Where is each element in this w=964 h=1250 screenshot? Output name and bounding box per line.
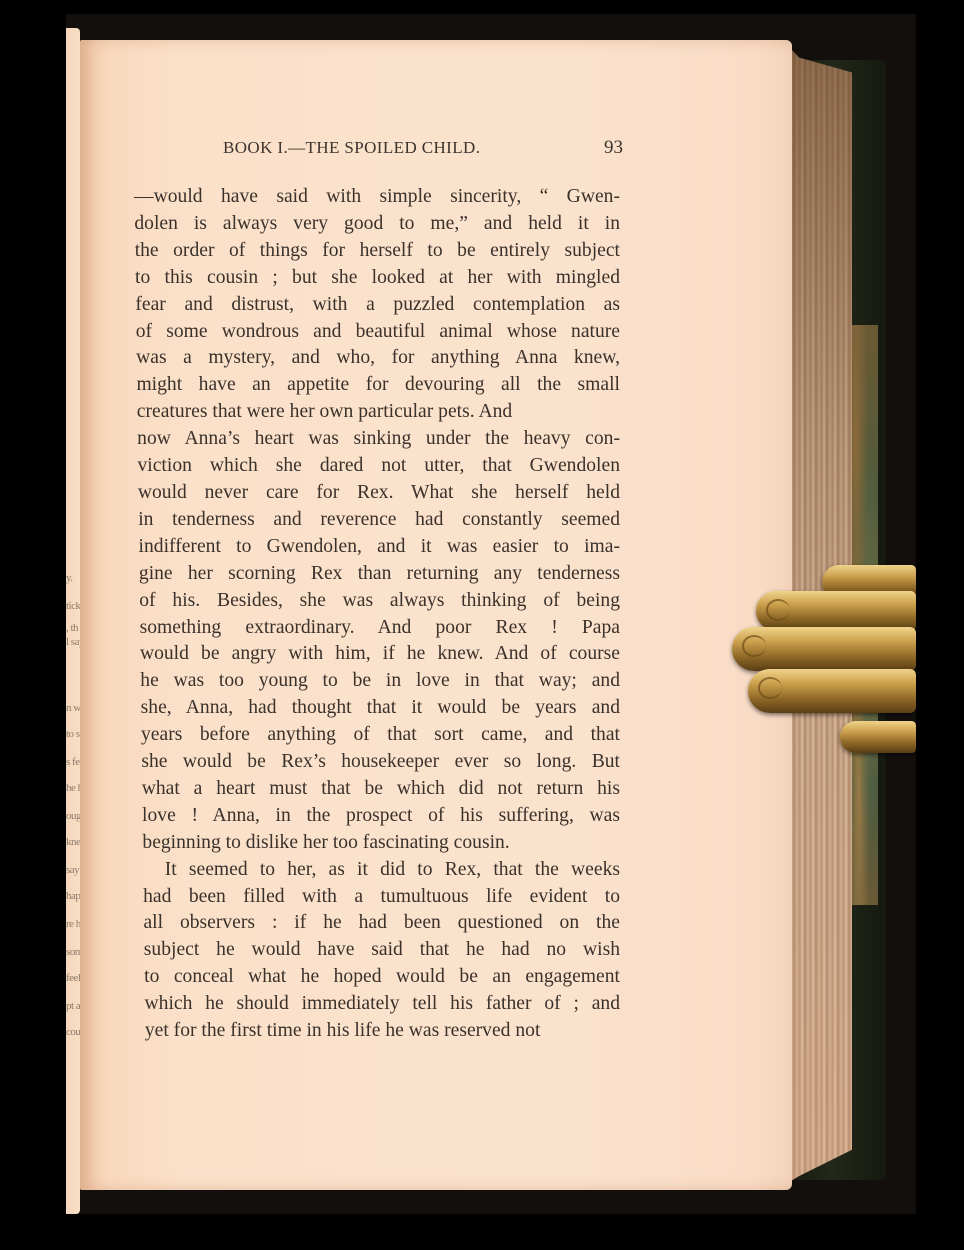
text-line: something extraordinary. And poor Rex ! …: [140, 615, 620, 642]
running-head: BOOK I.—THE SPOILED CHILD.: [223, 138, 618, 158]
text-line: had been filled with a tumultuous life e…: [143, 884, 620, 911]
text-line: he was too young to be in love in that w…: [140, 668, 620, 695]
text-line: to conceal what he hoped would be an eng…: [144, 964, 620, 991]
text-line: she, Anna, had thought that it would be …: [141, 695, 620, 722]
frame-right: [916, 0, 964, 1250]
brass-hand-page-holder: [730, 563, 916, 758]
text-line: might have an appetite for devouring all…: [136, 372, 620, 399]
page-body-text: —would have said with simple sincerity, …: [134, 184, 620, 1045]
fingernail-icon: [766, 599, 790, 621]
text-line: would never care for Rex. What she herse…: [138, 480, 620, 507]
text-line: yet for the first time in his life he wa…: [145, 1018, 620, 1045]
text-line: gine her scorning Rex than returning any…: [139, 561, 620, 588]
text-line: viction which she dared not utter, that …: [138, 453, 621, 480]
text-line: —would have said with simple sincerity, …: [134, 184, 620, 211]
text-line: beginning to dislike her too fascinating…: [142, 830, 620, 857]
text-line: It seemed to her, as it did to Rex, that…: [143, 857, 620, 884]
text-line: of his. Besides, she was always thinking…: [139, 588, 620, 615]
text-line: love ! Anna, in the prospect of his suff…: [142, 803, 620, 830]
text-line: what a heart must that be which did not …: [142, 776, 620, 803]
hand-thumb: [840, 721, 916, 753]
fingernail-icon: [742, 635, 766, 657]
text-line: years before anything of that sort came,…: [141, 722, 620, 749]
text-line: now Anna’s heart was sinking under the h…: [137, 426, 620, 453]
text-line: in tenderness and reverence had constant…: [138, 507, 620, 534]
hand-finger-middle: [732, 627, 916, 671]
text-line: the order of things for herself to be en…: [135, 238, 620, 265]
text-line: to this cousin ; but she looked at her w…: [135, 265, 620, 292]
text-line: she would be Rex’s housekeeper ever so l…: [141, 749, 620, 776]
text-line: was a mystery, and who, for anything Ann…: [136, 345, 620, 372]
text-line: all observers : if he had been questione…: [143, 910, 620, 937]
book-page: BOOK I.—THE SPOILED CHILD. 93 —would hav…: [80, 40, 792, 1190]
fingernail-icon: [758, 677, 782, 699]
text-line: which he should immediately tell his fat…: [145, 991, 621, 1018]
page-number: 93: [604, 137, 623, 159]
text-line: dolen is always very good to me,” and he…: [134, 211, 620, 238]
hand-finger-index: [756, 591, 916, 631]
text-line: subject he would have said that he had n…: [144, 937, 620, 964]
text-line: of some wondrous and beautiful animal wh…: [136, 319, 620, 346]
frame-bottom: [0, 1214, 964, 1250]
text-line: creatures that were her own particular p…: [137, 399, 620, 426]
text-line: fear and distrust, with a puzzled contem…: [135, 292, 620, 319]
hand-finger-ring: [748, 669, 916, 713]
text-line: indifferent to Gwendolen, and it was eas…: [139, 534, 620, 561]
text-line: would be angry with him, if he knew. And…: [140, 641, 620, 668]
